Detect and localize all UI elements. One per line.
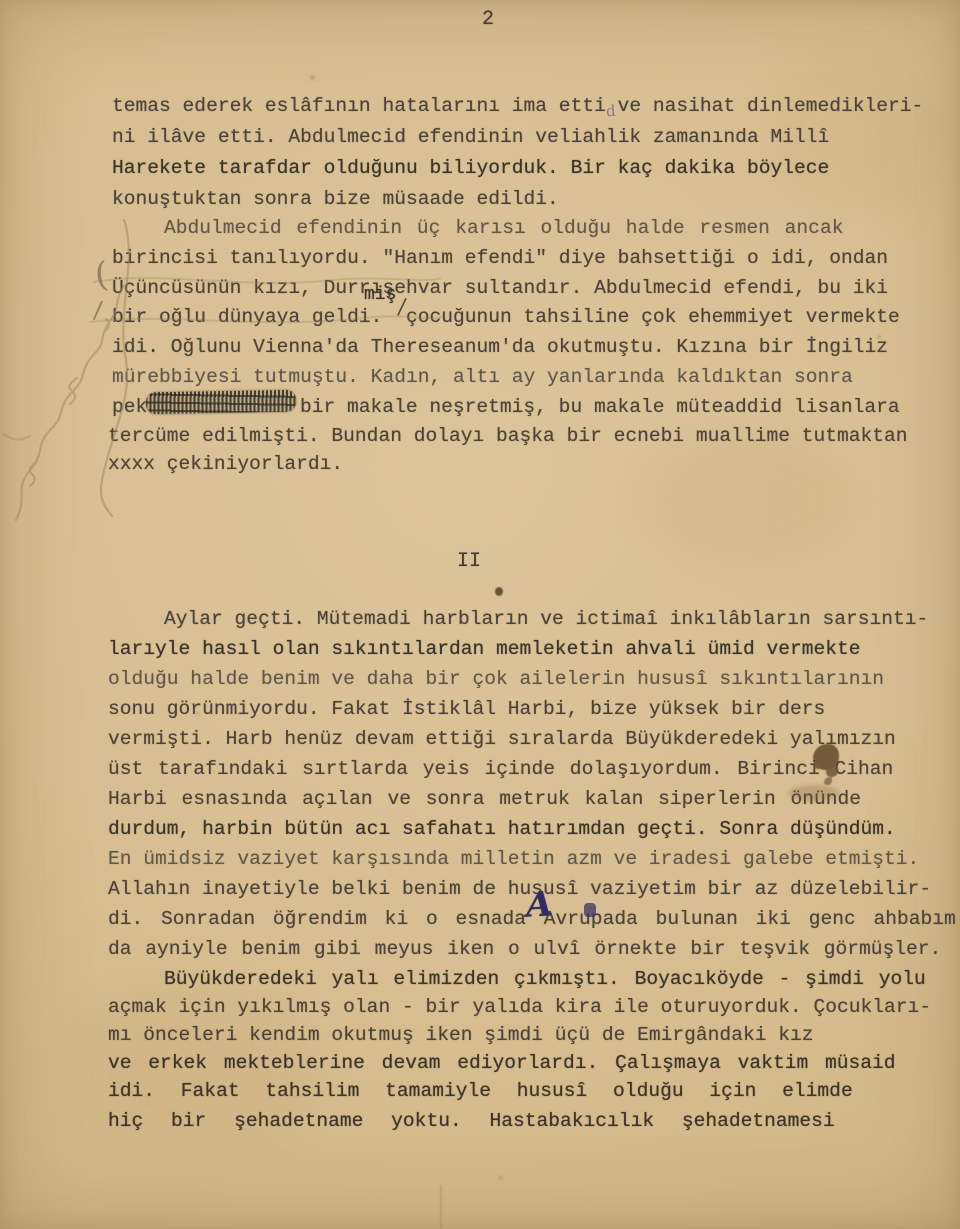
text-line: En ümidsiz vaziyet karşısında milletin a…: [108, 848, 919, 871]
text-line: durdum, harbin bütün acı safahatı hatırı…: [108, 818, 896, 841]
margin-slash-mark: /: [93, 298, 104, 323]
ink-overwrite-mark: [584, 903, 596, 917]
ink-smudge: [788, 785, 840, 801]
paper-crease: [440, 1185, 442, 1229]
text-line: açmak için yıkılmış olan - bir yalıda ki…: [108, 996, 931, 1019]
text-line: konuştuktan sonra bize müsaade edildi.: [112, 188, 559, 211]
text-line: temas ederek eslâfının hatalarını ima et…: [112, 95, 923, 118]
text-line: birincisi tanılıyordu. "Hanım efendi" di…: [112, 247, 888, 270]
handwritten-insertion-d: d: [605, 104, 616, 120]
margin-paren-mark: (: [93, 257, 110, 292]
text-line: bir makale neşretmiş, bu makale müteaddi…: [300, 396, 900, 419]
handwritten-ink-letter-a: A: [525, 887, 553, 922]
ink-blot: [813, 744, 839, 770]
text-line: da ayniyle benim gibi meyus iken o ulvî …: [108, 938, 941, 961]
text-line: pek: [112, 396, 147, 419]
text-line: xxxx çekiniyorlardı.: [108, 453, 343, 476]
paper-stain: [640, 430, 860, 570]
text-line: Harekete tarafdar olduğunu biliyorduk. B…: [112, 157, 829, 180]
text-line: üst tarafındaki sırtlarda yeis içinde do…: [108, 758, 893, 781]
text-line: mı önceleri kendim okutmuş iken şimdi üç…: [108, 1024, 814, 1047]
text-line: idi. Fakat tahsilim tamamiyle hususî old…: [108, 1080, 853, 1103]
text-line: olduğu halde benim ve daha bir çok ailel…: [108, 668, 884, 691]
scanned-manuscript-page: 2 temas ederek eslâfının hatalarını ima …: [0, 0, 960, 1229]
text-line: vermişti. Harb henüz devam ettiği sırala…: [108, 728, 896, 751]
text-line: hiç bir şehadetname yoktu. Hastabakıcılı…: [108, 1110, 835, 1133]
text-line: sonu görünmiyordu. Fakat İstiklâl Harbi,…: [108, 698, 825, 721]
text-line: Büyükderedeki yalı elimizden çıkmıştı. B…: [164, 968, 926, 991]
foxing-spot: [498, 1176, 503, 1180]
text-line: ni ilâve etti. Abdulmecid efendinin veli…: [112, 126, 829, 149]
text-line: bir oğlu dünyaya geldi. çocuğunun tahsil…: [112, 306, 900, 329]
page-number: 2: [482, 10, 494, 30]
text-line: larıyle hasıl olan sıkıntılardan memleke…: [108, 638, 861, 661]
text-line: Harbi esnasında açılan ve sonra metruk k…: [108, 788, 861, 811]
margin-handwriting: [0, 190, 150, 540]
text-line: idi. Oğlunu Vienna'da Thereseanum'da oku…: [112, 336, 888, 359]
text-line: Üçüncüsünün kızı, Durrışehvar sultandır.…: [112, 277, 888, 300]
text-line: ve erkek mekteblerine devam ediyorlardı.…: [108, 1052, 896, 1075]
ink-dot: [495, 587, 503, 596]
crossed-out-word: [146, 390, 296, 415]
text-line: Allahın inayetiyle belki benim de hususî…: [108, 878, 931, 901]
text-line: Abdulmecid efendinin üç karısı olduğu ha…: [164, 217, 843, 240]
text-line: Aylar geçti. Mütemadi harbların ve ictim…: [164, 608, 928, 631]
section-heading: II: [457, 552, 481, 572]
text-line: tercüme edilmişti. Bundan dolayı başka b…: [108, 425, 908, 448]
foxing-spot: [310, 75, 315, 80]
typed-insertion-mis: miş: [364, 286, 396, 304]
text-line: mürebbiyesi tutmuştu. Kadın, altı ay yan…: [112, 366, 853, 389]
